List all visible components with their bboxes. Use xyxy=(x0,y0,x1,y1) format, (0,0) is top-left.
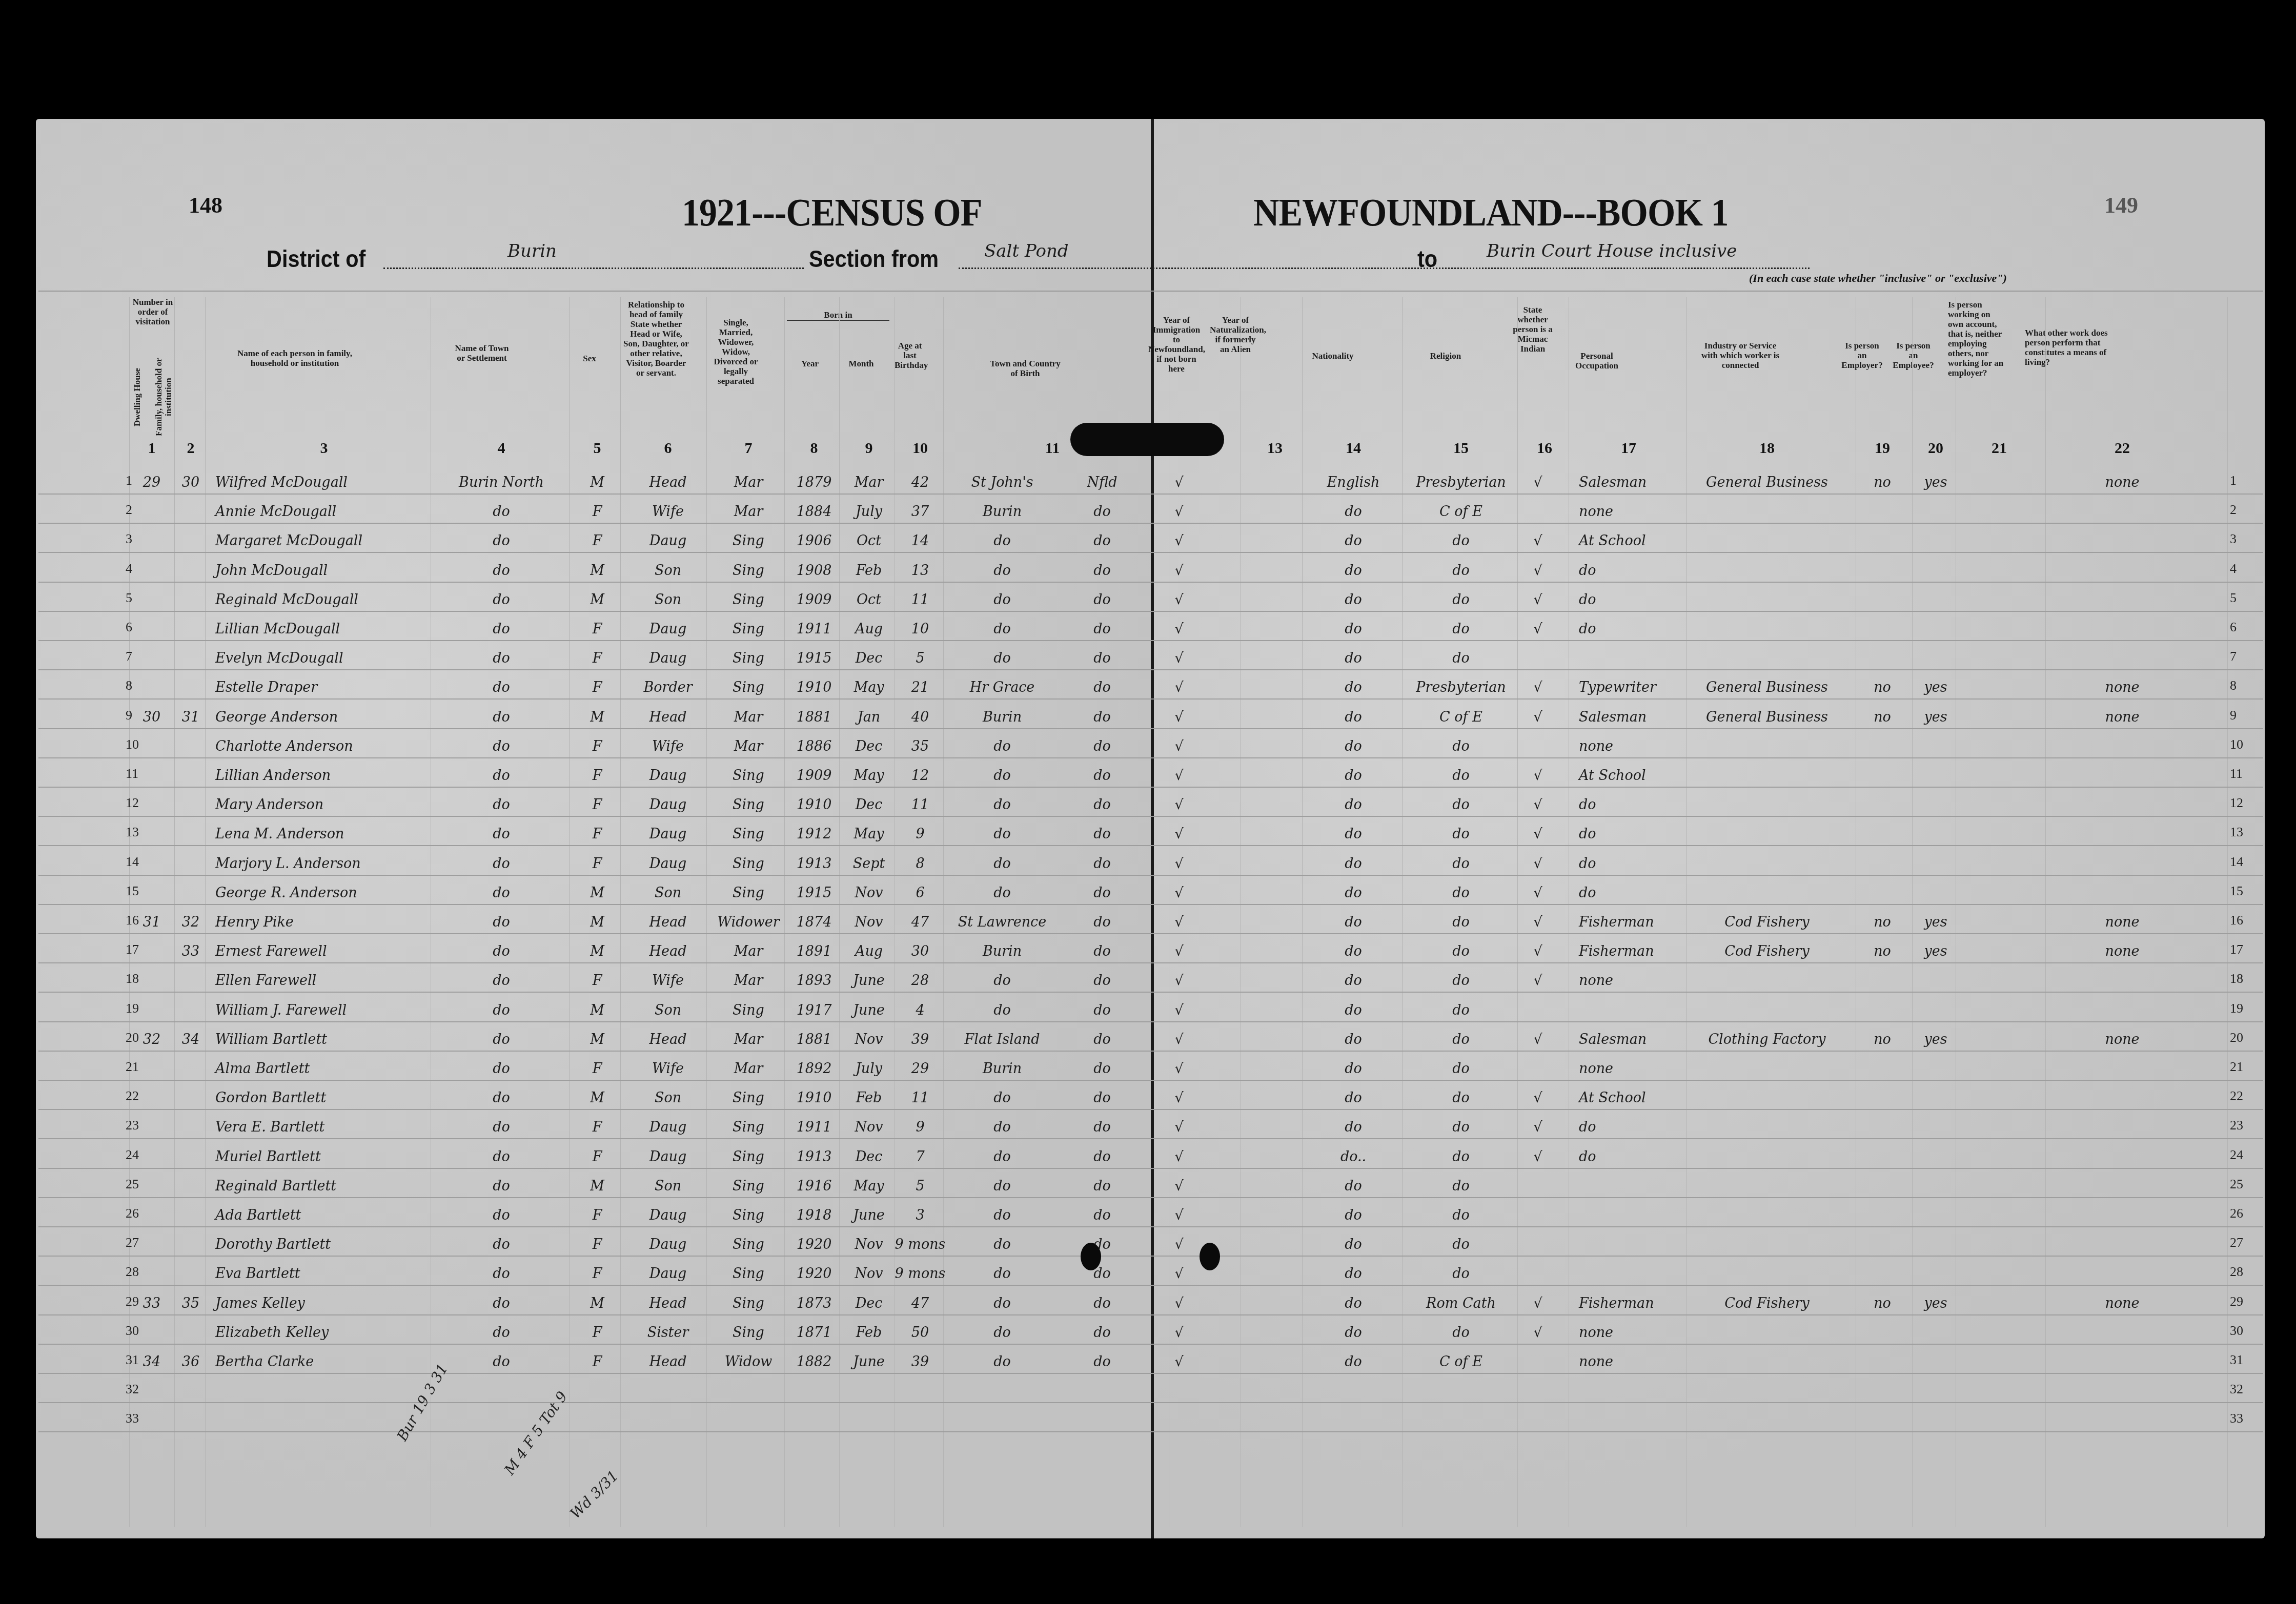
table-row: 88Estelle DraperdoFBorderSing1910May21Hr… xyxy=(38,669,2263,700)
employer: no xyxy=(1874,1295,1891,1311)
table-row: 1212Mary AndersondoFDaugSing1910Dec11dod… xyxy=(38,786,2263,817)
town-name: do xyxy=(493,1149,510,1165)
person-name: Elizabeth Kelley xyxy=(215,1325,329,1341)
line-number-right: 32 xyxy=(2230,1382,2243,1397)
person-name: Gordon Bartlett xyxy=(215,1090,326,1106)
line-number-left: 14 xyxy=(126,854,139,870)
religion: do xyxy=(1452,1061,1470,1077)
sex: F xyxy=(593,856,602,872)
family-number: 33 xyxy=(182,943,199,959)
sex: F xyxy=(593,826,602,842)
relationship: Wife xyxy=(652,973,684,989)
town-name: do xyxy=(493,533,510,549)
relationship: Son xyxy=(655,885,681,901)
immigration-mark: √ xyxy=(1174,592,1183,608)
col-header-10: Age at last Birthday xyxy=(895,341,925,370)
sex: F xyxy=(593,1149,602,1165)
occupation: do xyxy=(1579,563,1596,579)
table-row: 112930Wilfred McDougallBurin NorthMHeadM… xyxy=(38,464,2263,495)
employer: no xyxy=(1874,943,1891,959)
birth-country: do xyxy=(1093,973,1111,989)
line-number-right: 26 xyxy=(2230,1206,2243,1221)
birth-country: do xyxy=(1093,563,1111,579)
birth-year: 1912 xyxy=(797,826,832,842)
other-work: none xyxy=(2105,1295,2139,1311)
birth-country: do xyxy=(1093,914,1111,930)
line-number-right: 5 xyxy=(2230,590,2237,606)
employee: yes xyxy=(1924,914,1947,930)
relationship: Wife xyxy=(652,738,684,754)
birth-year: 1879 xyxy=(797,475,832,490)
occupation: At School xyxy=(1579,1090,1646,1106)
immigration-mark: √ xyxy=(1174,973,1183,989)
relationship: Head xyxy=(649,1295,687,1311)
birth-town: do xyxy=(993,885,1011,901)
immigration-mark: √ xyxy=(1174,1178,1183,1194)
occupation: none xyxy=(1579,1354,1613,1370)
title-left: 1921---CENSUS OF xyxy=(682,191,982,235)
relationship: Daug xyxy=(649,797,686,813)
relationship: Daug xyxy=(649,650,686,666)
town-name: do xyxy=(493,797,510,813)
marital-status: Sing xyxy=(733,797,764,813)
birth-country: do xyxy=(1093,592,1111,608)
occupation: none xyxy=(1579,973,1613,989)
line-number-right: 4 xyxy=(2230,561,2237,577)
age: 6 xyxy=(916,885,924,901)
birth-month: Feb xyxy=(856,1090,882,1106)
birth-country: do xyxy=(1093,1002,1111,1018)
title-right: NEWFOUNDLAND---BOOK 1 xyxy=(1253,191,1729,235)
immigration-mark: √ xyxy=(1174,768,1183,784)
town-name: do xyxy=(493,914,510,930)
religion: C of E xyxy=(1439,709,1482,725)
line-number-right: 10 xyxy=(2230,737,2243,752)
immigration-mark: √ xyxy=(1174,1032,1183,1047)
birth-year: 1910 xyxy=(797,680,832,695)
col-num-22: 22 xyxy=(2115,440,2130,457)
micmac-mark: √ xyxy=(1533,709,1542,725)
line-number-right: 8 xyxy=(2230,678,2237,693)
marital-status: Sing xyxy=(733,621,764,637)
marital-status: Mar xyxy=(734,1032,763,1047)
town-name: do xyxy=(493,1178,510,1194)
employee: yes xyxy=(1924,1295,1947,1311)
employer: no xyxy=(1874,1032,1891,1047)
table-row: 29293335James KelleydoMHeadSing1873Dec47… xyxy=(38,1285,2263,1315)
immigration-mark: √ xyxy=(1174,680,1183,695)
religion: Presbyterian xyxy=(1416,680,1506,695)
line-number-left: 6 xyxy=(126,620,132,635)
line-number-right: 19 xyxy=(2230,1001,2243,1016)
sex: F xyxy=(593,1325,602,1341)
birth-country: do xyxy=(1093,1207,1111,1223)
religion: Presbyterian xyxy=(1416,475,1506,490)
marital-status: Mar xyxy=(734,738,763,754)
birth-town: do xyxy=(993,768,1011,784)
religion: Rom Cath xyxy=(1426,1295,1496,1311)
other-work: none xyxy=(2105,914,2139,930)
sex: F xyxy=(593,1266,602,1282)
sex: F xyxy=(593,797,602,813)
line-number-left: 10 xyxy=(126,737,139,752)
occupation: Salesman xyxy=(1579,1032,1647,1047)
micmac-mark: √ xyxy=(1533,826,1542,842)
header-rule xyxy=(38,291,2263,292)
employer: no xyxy=(1874,709,1891,725)
marital-status: Sing xyxy=(733,650,764,666)
other-work: none xyxy=(2105,943,2139,959)
col-header-5: Sex xyxy=(574,354,605,363)
person-name: Alma Bartlett xyxy=(215,1061,310,1077)
birth-town: St Lawrence xyxy=(958,914,1046,930)
birth-month: June xyxy=(853,1002,885,1018)
nationality: do xyxy=(1345,885,1362,901)
line-number-right: 9 xyxy=(2230,708,2237,723)
town-name: do xyxy=(493,1032,510,1047)
col-num-8: 8 xyxy=(810,440,818,457)
occupation: Salesman xyxy=(1579,709,1647,725)
table-row: 171733Ernest FarewelldoMHeadMar1891Aug30… xyxy=(38,933,2263,963)
age: 37 xyxy=(911,504,929,520)
birth-year: 1913 xyxy=(797,856,832,872)
occupation: Salesman xyxy=(1579,475,1647,490)
family-number: 32 xyxy=(182,914,199,930)
age: 29 xyxy=(911,1061,929,1077)
line-number-left: 3 xyxy=(126,531,132,547)
nationality: do xyxy=(1345,973,1362,989)
immigration-mark: √ xyxy=(1174,738,1183,754)
person-name: Charlotte Anderson xyxy=(215,738,353,754)
table-row: 993031George AndersondoMHeadMar1881Jan40… xyxy=(38,698,2263,729)
sex: M xyxy=(590,914,604,930)
birth-year: 1911 xyxy=(797,621,832,637)
person-name: Marjory L. Anderson xyxy=(215,856,361,872)
religion: do xyxy=(1452,738,1470,754)
sex: M xyxy=(590,1002,604,1018)
person-name: Reginald Bartlett xyxy=(215,1178,336,1194)
group-header-born-in: Born in xyxy=(787,310,889,321)
birth-country: do xyxy=(1093,1032,1111,1047)
col-num-11: 11 xyxy=(1045,440,1060,457)
town-name: do xyxy=(493,1266,510,1282)
birth-country: do xyxy=(1093,738,1111,754)
birth-town: do xyxy=(993,1178,1011,1194)
birth-year: 1892 xyxy=(797,1061,832,1077)
person-name: Muriel Bartlett xyxy=(215,1149,321,1165)
birth-town: do xyxy=(993,1354,1011,1370)
district-label: District of xyxy=(267,245,365,273)
line-number-left: 31 xyxy=(126,1352,139,1368)
col-header-6: Relationship to head of family State whe… xyxy=(623,300,689,378)
birth-month: Dec xyxy=(856,1149,883,1165)
sex: F xyxy=(593,1061,602,1077)
birth-country: do xyxy=(1093,943,1111,959)
col-num-21: 21 xyxy=(1992,440,2007,457)
religion: do xyxy=(1452,1090,1470,1106)
table-row: 55Reginald McDougalldoMSonSing1909Oct11d… xyxy=(38,581,2263,612)
marital-status: Sing xyxy=(733,1266,764,1282)
religion: do xyxy=(1452,943,1470,959)
relationship: Son xyxy=(655,1002,681,1018)
nationality: do xyxy=(1345,826,1362,842)
line-number-right: 24 xyxy=(2230,1147,2243,1163)
micmac-mark: √ xyxy=(1533,533,1542,549)
sex: M xyxy=(590,1178,604,1194)
birth-year: 1909 xyxy=(797,592,832,608)
birth-year: 1873 xyxy=(797,1295,832,1311)
nationality: do xyxy=(1345,1090,1362,1106)
marital-status: Sing xyxy=(733,1149,764,1165)
town-name: do xyxy=(493,709,510,725)
line-number-right: 29 xyxy=(2230,1294,2243,1309)
birth-year: 1915 xyxy=(797,650,832,666)
family-number: 35 xyxy=(182,1295,199,1311)
birth-month: May xyxy=(854,826,884,842)
person-name: Lillian McDougall xyxy=(215,621,340,637)
to-label: to xyxy=(1417,245,1437,273)
line-number-left: 18 xyxy=(126,971,139,986)
relationship: Daug xyxy=(649,1207,686,1223)
relationship: Daug xyxy=(649,1237,686,1252)
age: 21 xyxy=(911,680,929,695)
line-number-left: 29 xyxy=(126,1294,139,1309)
line-number-right: 2 xyxy=(2230,502,2237,518)
birth-month: Dec xyxy=(856,738,883,754)
section-to-value: Burin Court House inclusive xyxy=(1487,241,1737,261)
town-name: do xyxy=(493,1119,510,1135)
group-header-visitation: Number in order of visitation xyxy=(132,297,173,326)
birth-month: Sept xyxy=(853,856,885,872)
micmac-mark: √ xyxy=(1533,563,1542,579)
town-name: do xyxy=(493,563,510,579)
marital-status: Sing xyxy=(733,1178,764,1194)
table-row: 3030Elizabeth KelleydoFSisterSing1871Feb… xyxy=(38,1314,2263,1345)
age: 11 xyxy=(911,592,929,608)
age: 39 xyxy=(911,1032,929,1047)
age: 35 xyxy=(911,738,929,754)
industry: Cod Fishery xyxy=(1724,914,1810,930)
nationality: do xyxy=(1345,768,1362,784)
col-num-18: 18 xyxy=(1759,440,1775,457)
religion: do xyxy=(1452,1032,1470,1047)
birth-year: 1908 xyxy=(797,563,832,579)
nationality: do xyxy=(1345,533,1362,549)
family-number: 34 xyxy=(182,1032,199,1047)
town-name: do xyxy=(493,650,510,666)
col-header-7: Single, Married, Widower, Widow, Divorce… xyxy=(709,318,763,386)
birth-country: do xyxy=(1093,650,1111,666)
birth-town: Burin xyxy=(983,504,1022,520)
dwelling-number: 29 xyxy=(143,475,160,490)
inclusive-note: (In each case state whether "inclusive" … xyxy=(1749,272,2007,285)
micmac-mark: √ xyxy=(1533,621,1542,637)
nationality: do xyxy=(1345,709,1362,725)
birth-year: 1915 xyxy=(797,885,832,901)
birth-month: May xyxy=(854,768,884,784)
birth-town: Burin xyxy=(983,1061,1022,1077)
birth-month: Dec xyxy=(856,1295,883,1311)
line-number-right: 21 xyxy=(2230,1059,2243,1075)
town-name: do xyxy=(493,1002,510,1018)
table-row: 31313436Bertha ClarkedoFHeadWidow1882Jun… xyxy=(38,1343,2263,1374)
col-header-13: Year of Naturalization, if formerly an A… xyxy=(1210,315,1261,354)
line-number-left: 4 xyxy=(126,561,132,577)
micmac-mark: √ xyxy=(1533,1119,1542,1135)
line-number-left: 1 xyxy=(126,473,132,488)
micmac-mark: √ xyxy=(1533,1295,1542,1311)
occupation: Fisherman xyxy=(1579,1295,1654,1311)
birth-country: do xyxy=(1093,504,1111,520)
other-work: none xyxy=(2105,680,2139,695)
sex: M xyxy=(590,709,604,725)
table-row: 2727Dorothy BartlettdoFDaugSing1920Nov9 … xyxy=(38,1226,2263,1257)
punch-hole xyxy=(1081,1243,1101,1270)
birth-country: do xyxy=(1093,533,1111,549)
relationship: Son xyxy=(655,1178,681,1194)
line-number-left: 33 xyxy=(126,1411,139,1426)
birth-month: Nov xyxy=(855,914,883,930)
religion: do xyxy=(1452,856,1470,872)
table-row: 20203234William BartlettdoMHeadMar1881No… xyxy=(38,1021,2263,1052)
birth-town: do xyxy=(993,1207,1011,1223)
col-header-22: What other work does person perform that… xyxy=(2025,328,2112,367)
age: 4 xyxy=(916,1002,924,1018)
birth-month: Aug xyxy=(855,943,883,959)
occupation: At School xyxy=(1579,533,1646,549)
occupation: Fisherman xyxy=(1579,914,1654,930)
marital-status: Mar xyxy=(734,709,763,725)
occupation: do xyxy=(1579,826,1596,842)
col-header-17: Personal Occupation xyxy=(1566,351,1628,371)
col-header-15: Religion xyxy=(1415,351,1476,361)
other-work: none xyxy=(2105,475,2139,490)
table-row: 1111Lillian AndersondoFDaugSing1909May12… xyxy=(38,757,2263,788)
birth-town: do xyxy=(993,563,1011,579)
table-row: 33Margaret McDougalldoFDaugSing1906Oct14… xyxy=(38,522,2263,553)
line-number-left: 25 xyxy=(126,1177,139,1192)
line-number-right: 18 xyxy=(2230,971,2243,986)
line-number-left: 15 xyxy=(126,883,139,899)
religion: do xyxy=(1452,1178,1470,1194)
town-name: do xyxy=(493,1061,510,1077)
birth-year: 1881 xyxy=(797,709,832,725)
birth-year: 1910 xyxy=(797,1090,832,1106)
micmac-mark: √ xyxy=(1533,1149,1542,1165)
birth-month: Aug xyxy=(855,621,883,637)
line-number-left: 30 xyxy=(126,1323,139,1339)
sex: F xyxy=(593,533,602,549)
occupation: none xyxy=(1579,738,1613,754)
line-number-right: 33 xyxy=(2230,1411,2243,1426)
relationship: Head xyxy=(649,1032,687,1047)
col-num-19: 19 xyxy=(1875,440,1890,457)
col-header-9: Month xyxy=(841,359,882,368)
relationship: Sister xyxy=(647,1325,689,1341)
birth-month: Feb xyxy=(856,563,882,579)
occupation: none xyxy=(1579,504,1613,520)
col-num-6: 6 xyxy=(664,440,672,457)
employee: yes xyxy=(1924,943,1947,959)
marital-status: Sing xyxy=(733,1325,764,1341)
line-number-right: 6 xyxy=(2230,620,2237,635)
religion: do xyxy=(1452,1119,1470,1135)
immigration-mark: √ xyxy=(1174,1149,1183,1165)
religion: do xyxy=(1452,914,1470,930)
immigration-mark: √ xyxy=(1174,1090,1183,1106)
col-header-3: Name of each person in family, household… xyxy=(231,348,359,368)
section-line xyxy=(959,268,1810,269)
col-num-17: 17 xyxy=(1621,440,1636,457)
col-header-12: Year of Immigration to Newfoundland, if … xyxy=(1148,315,1205,374)
section-from-value: Salt Pond xyxy=(984,241,1069,261)
ink-blot xyxy=(1070,423,1224,456)
industry: General Business xyxy=(1706,709,1828,725)
sex: F xyxy=(593,1354,602,1370)
line-number-right: 11 xyxy=(2230,766,2243,782)
district-value: Burin xyxy=(507,241,557,261)
birth-town: do xyxy=(993,1325,1011,1341)
occupation: do xyxy=(1579,885,1596,901)
col-num-16: 16 xyxy=(1537,440,1552,457)
marital-status: Sing xyxy=(733,885,764,901)
relationship: Daug xyxy=(649,856,686,872)
birth-town: do xyxy=(993,1149,1011,1165)
col-num-10: 10 xyxy=(912,440,928,457)
nationality: do.. xyxy=(1340,1149,1366,1165)
age: 40 xyxy=(911,709,929,725)
immigration-mark: √ xyxy=(1174,856,1183,872)
birth-country: do xyxy=(1093,1295,1111,1311)
occupation: none xyxy=(1579,1061,1613,1077)
line-number-left: 20 xyxy=(126,1030,139,1045)
marital-status: Mar xyxy=(734,973,763,989)
nationality: do xyxy=(1345,797,1362,813)
punch-hole xyxy=(1200,1243,1220,1270)
birth-month: July xyxy=(856,1061,882,1077)
district-line xyxy=(383,268,804,269)
micmac-mark: √ xyxy=(1533,768,1542,784)
table-row: 1414Marjory L. AndersondoFDaugSing1913Se… xyxy=(38,845,2263,876)
line-number-right: 12 xyxy=(2230,795,2243,811)
occupation: Typewriter xyxy=(1579,680,1656,695)
col-header-1: Dwelling House xyxy=(132,354,148,441)
person-name: Bertha Clarke xyxy=(215,1354,314,1370)
birth-town: do xyxy=(993,738,1011,754)
town-name: do xyxy=(493,856,510,872)
birth-country: do xyxy=(1093,826,1111,842)
marital-status: Sing xyxy=(733,563,764,579)
nationality: do xyxy=(1345,914,1362,930)
line-number-left: 21 xyxy=(126,1059,139,1075)
other-work: none xyxy=(2105,709,2139,725)
town-name: do xyxy=(493,738,510,754)
line-number-left: 2 xyxy=(126,502,132,518)
age: 5 xyxy=(916,1178,924,1194)
nationality: do xyxy=(1345,1207,1362,1223)
col-num-9: 9 xyxy=(865,440,873,457)
section-label: Section from xyxy=(809,245,939,273)
birth-country: do xyxy=(1093,1325,1111,1341)
line-number-left: 9 xyxy=(126,708,132,723)
table-row: 1919William J. FarewelldoMSonSing1917Jun… xyxy=(38,992,2263,1022)
religion: do xyxy=(1452,1266,1470,1282)
sex: F xyxy=(593,650,602,666)
person-name: Ellen Farewell xyxy=(215,973,316,989)
marital-status: Sing xyxy=(733,592,764,608)
birth-town: Burin xyxy=(983,709,1022,725)
line-number-right: 1 xyxy=(2230,473,2237,488)
